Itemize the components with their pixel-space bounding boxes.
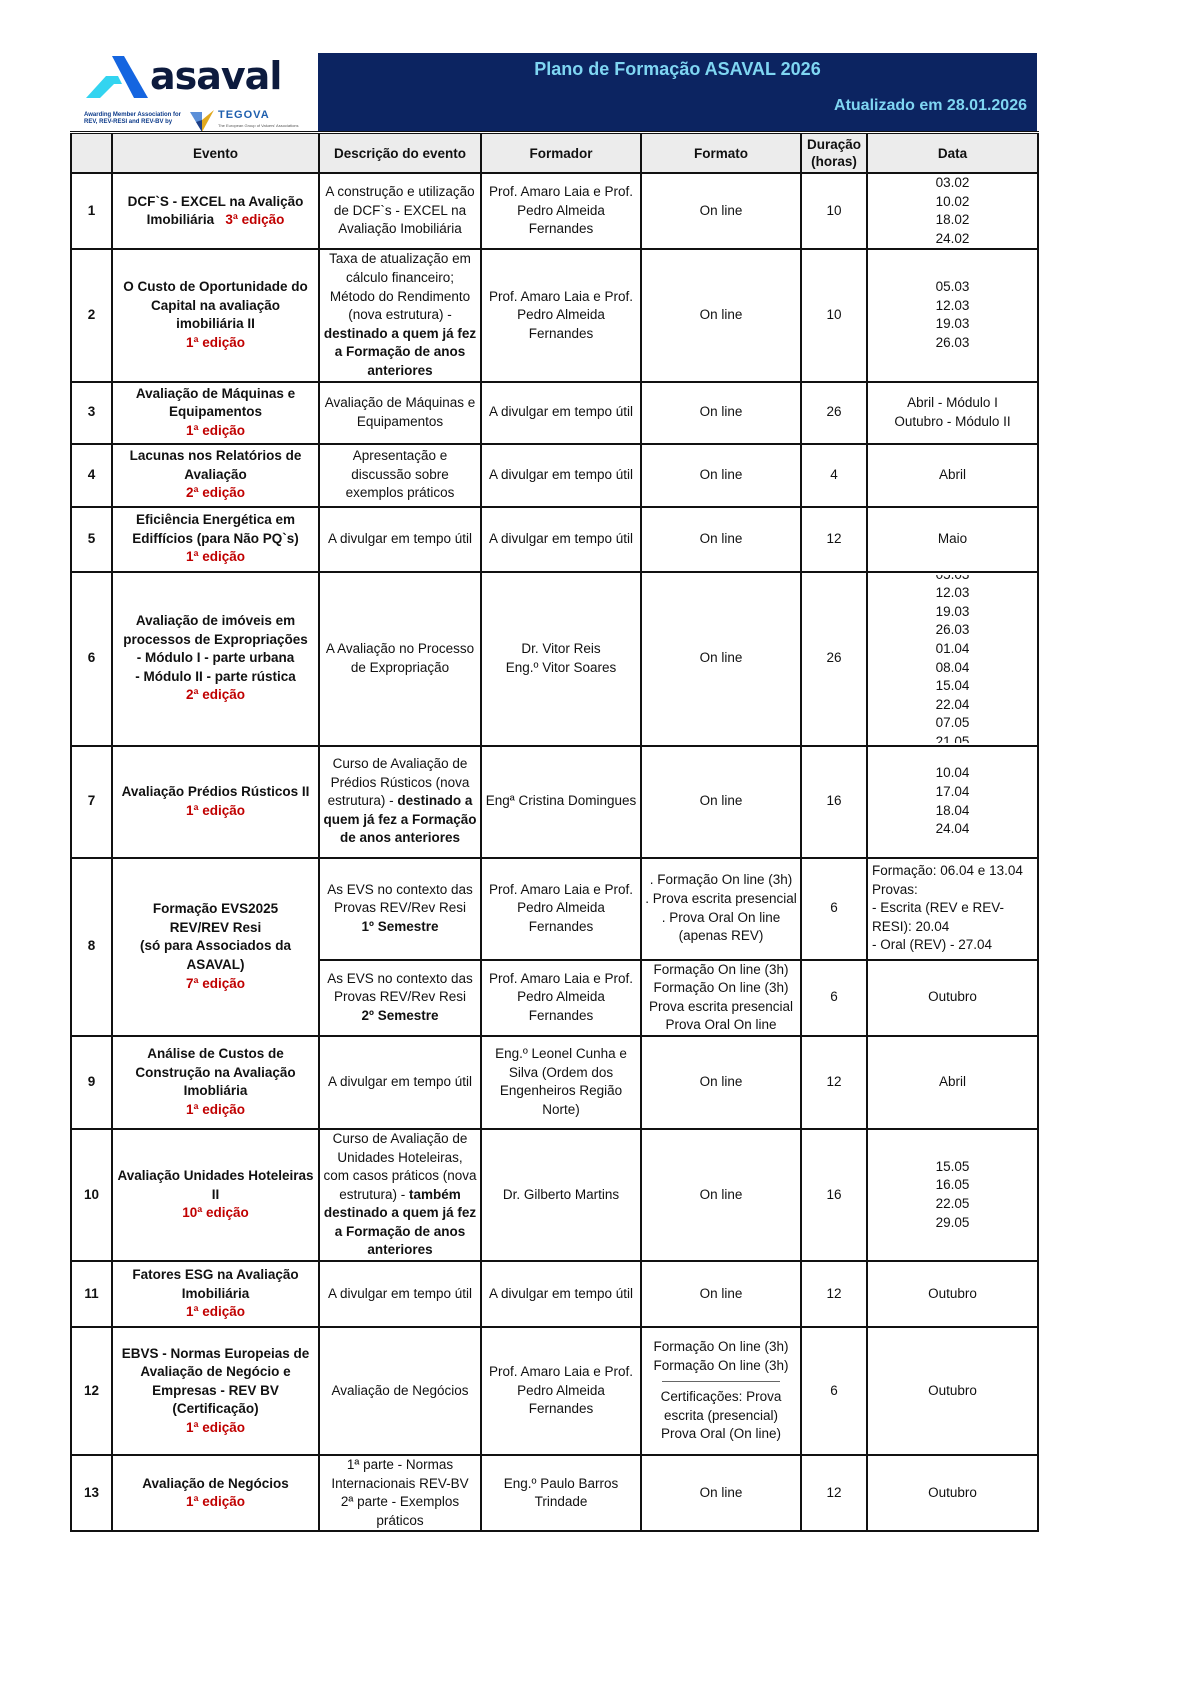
event-name: Eficiência Energética em Ediffícios (par… <box>112 507 319 572</box>
dates: Outubro <box>867 1327 1038 1455</box>
format: On line <box>641 249 801 381</box>
list-line: 07.05 <box>871 714 1034 733</box>
duration-hours: 6 <box>801 1327 867 1455</box>
event-description: 1ª parte - Normas Internacionais REV-BV2… <box>319 1455 481 1531</box>
event-description: As EVS no contexto das Provas REV/Rev Re… <box>319 960 481 1036</box>
format: On line <box>641 572 801 746</box>
trainer: Eng.º Leonel Cunha e Silva (Ordem dos En… <box>481 1036 641 1129</box>
trainer: Eng.º Paulo Barros Trindade <box>481 1455 641 1531</box>
trainer: Prof. Amaro Laia e Prof. Pedro Almeida F… <box>481 1327 641 1455</box>
list-line: Provas: <box>872 881 1034 900</box>
row-number: 2 <box>71 249 112 381</box>
format: Formação On line (3h)Formação On line (3… <box>641 960 801 1036</box>
table-row: 13 Avaliação de Negócios1ª edição 1ª par… <box>71 1455 1038 1531</box>
duration-hours: 10 <box>801 249 867 381</box>
list-line: 18.02 <box>871 211 1034 230</box>
list-line: Outubro <box>871 988 1034 1007</box>
list-line: 18.04 <box>871 802 1034 821</box>
tegova-subtitle: The European Group of Valuers' Associati… <box>218 123 299 128</box>
list-line: 01.04 <box>871 640 1034 659</box>
edition-label: 1ª edição <box>186 423 245 438</box>
header-duracao: Duração(horas) <box>801 133 867 174</box>
format: On line <box>641 444 801 507</box>
list-line: 26.03 <box>871 334 1034 353</box>
list-line: Prova escrita presencial <box>645 998 797 1017</box>
format: On line <box>641 382 801 444</box>
event-name: Avaliação de Negócios1ª edição <box>112 1455 319 1531</box>
list-line: 15.05 <box>871 1158 1034 1177</box>
event-description: Curso de Avaliação de Prédios Rústicos (… <box>319 746 481 858</box>
list-line: Formação On line (3h) <box>645 1338 797 1357</box>
duration-hours: 12 <box>801 507 867 572</box>
edition-label: 2ª edição <box>186 485 245 500</box>
format: On line <box>641 1036 801 1129</box>
trainer: Prof. Amaro Laia e Prof. Pedro Almeida F… <box>481 858 641 960</box>
list-line: Avaliação de imóveis em processos de Exp… <box>116 612 315 649</box>
list-line: 19.03 <box>871 315 1034 334</box>
event-name: Lacunas nos Relatórios de Avaliação2ª ed… <box>112 444 319 507</box>
page-title: Plano de Formação ASAVAL 2026 <box>318 59 1037 80</box>
event-name: Fatores ESG na Avaliação Imobiliária1ª e… <box>112 1261 319 1327</box>
row-number: 6 <box>71 572 112 746</box>
edition-label: 1ª edição <box>186 335 245 350</box>
duration-hours: 4 <box>801 444 867 507</box>
edition-label: 1ª edição <box>186 1420 245 1435</box>
table-row: 12 EBVS - Normas Europeias de Avaliação … <box>71 1327 1038 1455</box>
list-line: 12.03 <box>871 297 1034 316</box>
header-descricao: Descrição do evento <box>319 133 481 174</box>
logo-brand: asaval <box>150 54 281 98</box>
trainer: Engª Cristina Domingues <box>481 746 641 858</box>
format: On line <box>641 1261 801 1327</box>
trainer: Prof. Amaro Laia e Prof. Pedro Almeida F… <box>481 173 641 249</box>
list-line: 19.03 <box>871 603 1034 622</box>
trainer: Prof. Amaro Laia e Prof. Pedro Almeida F… <box>481 249 641 381</box>
row-number: 9 <box>71 1036 112 1129</box>
list-line: Dr. Vitor Reis <box>485 640 637 659</box>
list-line: 17.04 <box>871 783 1034 802</box>
tegova-mark-icon <box>190 110 214 132</box>
format: On line <box>641 1129 801 1261</box>
divider <box>662 1381 780 1382</box>
list-line: Formação On line (3h) <box>645 961 797 980</box>
event-description: A divulgar em tempo útil <box>319 1261 481 1327</box>
duration-hours: 12 <box>801 1036 867 1129</box>
list-line: 1ª parte - Normas Internacionais REV-BV <box>323 1456 477 1493</box>
dates: Outubro <box>867 1261 1038 1327</box>
list-line: . Prova escrita presencial <box>645 890 797 909</box>
list-line: (só para Associados da ASAVAL) <box>116 937 315 974</box>
list-line: 12.03 <box>871 584 1034 603</box>
duration-hours: 6 <box>801 960 867 1036</box>
list-line: 10.04 <box>871 764 1034 783</box>
row-number: 4 <box>71 444 112 507</box>
header-data: Data <box>867 133 1038 174</box>
row-number: 13 <box>71 1455 112 1531</box>
duration-hours: 26 <box>801 382 867 444</box>
dates: 10.0417.0418.0424.04 <box>867 746 1038 858</box>
edition-label: 1ª edição <box>186 1494 245 1509</box>
logo-tagline: Awarding Member Association for REV, REV… <box>84 112 194 126</box>
dates: Outubro <box>867 960 1038 1036</box>
list-line: 2ª parte - Exemplos práticos <box>323 1493 477 1530</box>
event-name: Avaliação de imóveis em processos de Exp… <box>112 572 319 746</box>
dates: Abril - Módulo IOutubro - Módulo II <box>867 382 1038 444</box>
table-row: 3 Avaliação de Máquinas e Equipamentos1ª… <box>71 382 1038 444</box>
list-line: Abril <box>871 466 1034 485</box>
event-name: Avaliação Unidades Hoteleiras II10ª ediç… <box>112 1129 319 1261</box>
trainer: Dr. Gilberto Martins <box>481 1129 641 1261</box>
updated-date: Atualizado em 28.01.2026 <box>834 97 1027 115</box>
dates: 03.0210.0218.0224.02 <box>867 173 1038 249</box>
training-plan-table: Evento Descrição do evento Formador Form… <box>70 131 1039 1532</box>
list-line: Formação: 06.04 e 13.04 <box>872 862 1034 881</box>
event-description: Taxa de atualização em cálculo financeir… <box>319 249 481 381</box>
duration-hours: 16 <box>801 746 867 858</box>
list-line: REV/REV Resi <box>116 919 315 938</box>
event-name: O Custo de Oportunidade do Capital na av… <box>112 249 319 381</box>
edition-label: 2ª edição <box>186 687 245 702</box>
dates: 15.0516.0522.0529.05 <box>867 1129 1038 1261</box>
event-description: A Avaliação no Processo de Expropriação <box>319 572 481 746</box>
table-row: 10 Avaliação Unidades Hoteleiras II10ª e… <box>71 1129 1038 1261</box>
list-line: Maio <box>871 530 1034 549</box>
table-row: 5 Eficiência Energética em Ediffícios (p… <box>71 507 1038 572</box>
duration-hours: 12 <box>801 1261 867 1327</box>
dates: Abril <box>867 1036 1038 1129</box>
event-description: A construção e utilização de DCF`s - EXC… <box>319 173 481 249</box>
event-name: DCF`S - EXCEL na Avalição Imobiliária 3ª… <box>112 173 319 249</box>
list-line: 29.05 <box>871 1214 1034 1233</box>
header-formador: Formador <box>481 133 641 174</box>
event-name: EBVS - Normas Europeias de Avaliação de … <box>112 1327 319 1455</box>
title-banner: Plano de Formação ASAVAL 2026 Atualizado… <box>318 53 1037 131</box>
list-line: Prova Oral (On line) <box>645 1425 797 1444</box>
edition-label: 1ª edição <box>186 1102 245 1117</box>
header-num <box>71 133 112 174</box>
list-line: 24.04 <box>871 820 1034 839</box>
edition-label: 1ª edição <box>186 803 245 818</box>
table-row: 4 Lacunas nos Relatórios de Avaliação2ª … <box>71 444 1038 507</box>
list-line: Outubro <box>871 1484 1034 1503</box>
list-line: 08.04 <box>871 659 1034 678</box>
list-line: Abril <box>871 1073 1034 1092</box>
event-description: A divulgar em tempo útil <box>319 1036 481 1129</box>
list-line: 22.05 <box>871 1195 1034 1214</box>
list-line: Eng.º Vitor Soares <box>485 659 637 678</box>
list-line: Certificações: Prova escrita (presencial… <box>645 1388 797 1425</box>
row-number: 7 <box>71 746 112 858</box>
list-line: - Módulo II - parte rústica <box>116 668 315 687</box>
dates: Outubro <box>867 1455 1038 1531</box>
list-line: 21.05 <box>871 733 1034 743</box>
dates: 05.0312.0319.0326.03 <box>867 249 1038 381</box>
list-line: Abril - Módulo I <box>871 394 1034 413</box>
list-line: . Formação On line (3h) <box>645 871 797 890</box>
list-line: 22.04 <box>871 696 1034 715</box>
row-number: 8 <box>71 858 112 1036</box>
list-line: 10.02 <box>871 193 1034 212</box>
list-line: Outubro - Módulo II <box>871 413 1034 432</box>
row-number: 12 <box>71 1327 112 1455</box>
duration-hours: 10 <box>801 173 867 249</box>
list-line: 03.02 <box>871 174 1034 193</box>
list-line: Outubro <box>871 1382 1034 1401</box>
table-row: 1 DCF`S - EXCEL na Avalição Imobiliária … <box>71 173 1038 249</box>
tegova-brand: TEGOVA <box>218 109 270 121</box>
duration-hours: 16 <box>801 1129 867 1261</box>
table-row: 2 O Custo de Oportunidade do Capital na … <box>71 249 1038 381</box>
event-description: Curso de Avaliação de Unidades Hoteleira… <box>319 1129 481 1261</box>
edition-label: 1ª edição <box>186 549 245 564</box>
list-line: (apenas REV) <box>645 927 797 946</box>
edition-label: 1ª edição <box>186 1304 245 1319</box>
list-line: Prova Oral On line <box>645 1016 797 1035</box>
dates: Formação: 06.04 e 13.04Provas:- Escrita … <box>867 858 1038 960</box>
event-description: Avaliação de Negócios <box>319 1327 481 1455</box>
table-row: 11 Fatores ESG na Avaliação Imobiliária1… <box>71 1261 1038 1327</box>
list-line: - Módulo I - parte urbana <box>116 649 315 668</box>
event-description: Apresentação e discussão sobre exemplos … <box>319 444 481 507</box>
duration-hours: 12 <box>801 1455 867 1531</box>
trainer: Dr. Vitor ReisEng.º Vitor Soares <box>481 572 641 746</box>
list-line: - Escrita (REV e REV-RESI): 20.04 <box>872 899 1034 936</box>
list-line: Outubro <box>871 1285 1034 1304</box>
row-number: 10 <box>71 1129 112 1261</box>
list-line: 16.05 <box>871 1176 1034 1195</box>
trainer: A divulgar em tempo útil <box>481 507 641 572</box>
table-row: 8 Formação EVS2025REV/REV Resi(só para A… <box>71 858 1038 960</box>
trainer: A divulgar em tempo útil <box>481 444 641 507</box>
dates: Abril <box>867 444 1038 507</box>
list-line: 26.03 <box>871 621 1034 640</box>
list-line: 24.02 <box>871 230 1034 249</box>
format: On line <box>641 1455 801 1531</box>
asaval-mark-icon <box>84 54 150 100</box>
event-name: Avaliação de Máquinas e Equipamentos1ª e… <box>112 382 319 444</box>
format: On line <box>641 746 801 858</box>
row-number: 3 <box>71 382 112 444</box>
list-line: 15.04 <box>871 677 1034 696</box>
edition-label: 7ª edição <box>186 976 245 991</box>
event-name: Análise de Custos de Construção na Avali… <box>112 1036 319 1129</box>
list-line: Formação On line (3h) <box>645 979 797 998</box>
asaval-logo: asaval Awarding Member Association for R… <box>84 54 314 134</box>
edition-label: 3ª edição <box>225 212 284 227</box>
row-number: 1 <box>71 173 112 249</box>
format: Formação On line (3h)Formação On line (3… <box>641 1327 801 1455</box>
table-header-row: Evento Descrição do evento Formador Form… <box>71 133 1038 174</box>
event-description: As EVS no contexto das Provas REV/Rev Re… <box>319 858 481 960</box>
format: On line <box>641 507 801 572</box>
list-line: - Oral (REV) - 27.04 <box>872 936 1034 955</box>
table-row: 6 Avaliação de imóveis em processos de E… <box>71 572 1038 746</box>
event-description: A divulgar em tempo útil <box>319 507 481 572</box>
event-name: Avaliação Prédios Rústicos II1ª edição <box>112 746 319 858</box>
event-name: Formação EVS2025REV/REV Resi(só para Ass… <box>112 858 319 1036</box>
dates: Maio <box>867 507 1038 572</box>
trainer: A divulgar em tempo útil <box>481 1261 641 1327</box>
duration-hours: 26 <box>801 572 867 746</box>
edition-label: 10ª edição <box>182 1205 249 1220</box>
format: On line <box>641 173 801 249</box>
list-line: Formação EVS2025 <box>116 900 315 919</box>
trainer: Prof. Amaro Laia e Prof. Pedro Almeida F… <box>481 960 641 1036</box>
row-number: 11 <box>71 1261 112 1327</box>
dates: 05.0312.0319.0326.0301.0408.0415.0422.04… <box>867 572 1038 746</box>
event-description: Avaliação de Máquinas e Equipamentos <box>319 382 481 444</box>
list-line: . Prova Oral On line <box>645 909 797 928</box>
list-line: 05.03 <box>871 278 1034 297</box>
table-row: 9 Análise de Custos de Construção na Ava… <box>71 1036 1038 1129</box>
duration-hours: 6 <box>801 858 867 960</box>
list-line: 05.03 <box>871 575 1034 585</box>
list-line: Formação On line (3h) <box>645 1357 797 1376</box>
row-number: 5 <box>71 507 112 572</box>
table-row: 7 Avaliação Prédios Rústicos II1ª edição… <box>71 746 1038 858</box>
header-evento: Evento <box>112 133 319 174</box>
format: . Formação On line (3h). Prova escrita p… <box>641 858 801 960</box>
header-formato: Formato <box>641 133 801 174</box>
trainer: A divulgar em tempo útil <box>481 382 641 444</box>
